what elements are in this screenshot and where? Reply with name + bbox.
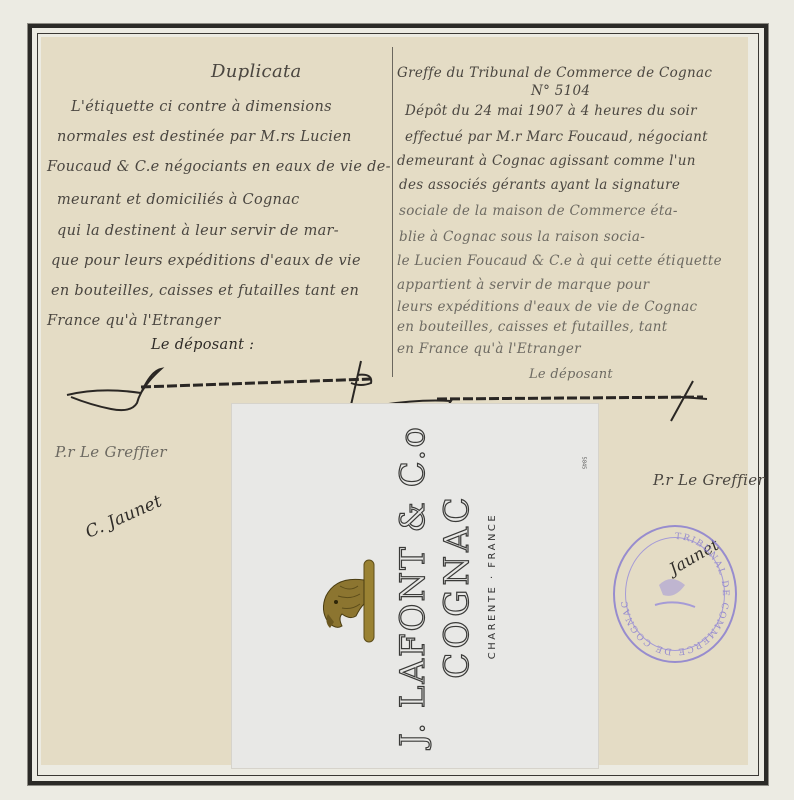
left-line: L'étiquette ci contre à dimensions — [71, 99, 332, 115]
left-line: que pour leurs expéditions d'eaux de vie — [51, 253, 361, 269]
document-frame: Duplicata L'étiquette ci contre à dimens… — [28, 24, 768, 785]
right-line: demeurant à Cognac agissant comme l'un — [397, 153, 696, 169]
right-line: blie à Cognac sous la raison socia- — [399, 229, 645, 245]
deposit-sheet: Duplicata L'étiquette ci contre à dimens… — [41, 37, 748, 765]
label-print-code: 5845 — [581, 457, 587, 470]
left-line: France qu'à l'Etranger — [47, 313, 221, 329]
left-line: normales est destinée par M.rs Lucien — [57, 129, 352, 145]
right-line: en bouteilles, caisses et futailles, tan… — [397, 319, 668, 335]
right-line: sociale de la maison de Commerce éta- — [399, 203, 678, 219]
left-clerk-signature: C. Jaunet — [82, 491, 165, 542]
column-divider — [392, 47, 393, 377]
left-line: meurant et domiciliés à Cognac — [57, 192, 300, 208]
right-line: en France qu'à l'Etranger — [397, 341, 581, 357]
label-region: CHARENTE · FRANCE — [487, 416, 498, 756]
right-line: des associés gérants ayant la signature — [399, 177, 680, 193]
left-line: en bouteilles, caisses et futailles tant… — [51, 283, 359, 299]
left-line: qui la destinent à leur servir de mar- — [57, 223, 339, 239]
eagle-head-crest-icon — [316, 556, 382, 646]
registry-number: N° 5104 — [531, 83, 590, 99]
left-line: Foucaud & C.e négociants en eaux de vie … — [47, 159, 391, 175]
stamp-text-ring: TRIBUNAL DE COMMERCE DE COGNAC — [615, 527, 735, 661]
left-clerk-caption: P.r Le Greffier — [55, 443, 167, 461]
label-brand: J. LAFONT & C.o — [393, 416, 433, 756]
right-line: le Lucien Foucaud & C.e à qui cette étiq… — [397, 253, 722, 269]
left-heading: Duplicata — [211, 61, 302, 82]
document-inner-frame: Duplicata L'étiquette ci contre à dimens… — [37, 33, 759, 776]
right-line: effectué par M.r Marc Foucaud, négociant — [405, 129, 708, 145]
right-clerk-caption: P.r Le Greffier — [653, 471, 765, 489]
label-city: COGNAC — [437, 416, 477, 756]
right-line: Dépôt du 24 mai 1907 à 4 heures du soir — [405, 103, 697, 119]
tribunal-stamp: TRIBUNAL DE COMMERCE DE COGNAC — [613, 525, 737, 663]
right-heading: Greffe du Tribunal de Commerce de Cognac — [397, 65, 712, 81]
right-line: leurs expéditions d'eaux de vie de Cogna… — [397, 299, 697, 315]
cognac-label: J. LAFONT & C.o COGNAC CHARENTE · FRANCE… — [232, 404, 598, 768]
right-line: appartient à servir de marque pour — [397, 277, 649, 293]
left-depositor-caption: Le déposant : — [151, 337, 254, 353]
